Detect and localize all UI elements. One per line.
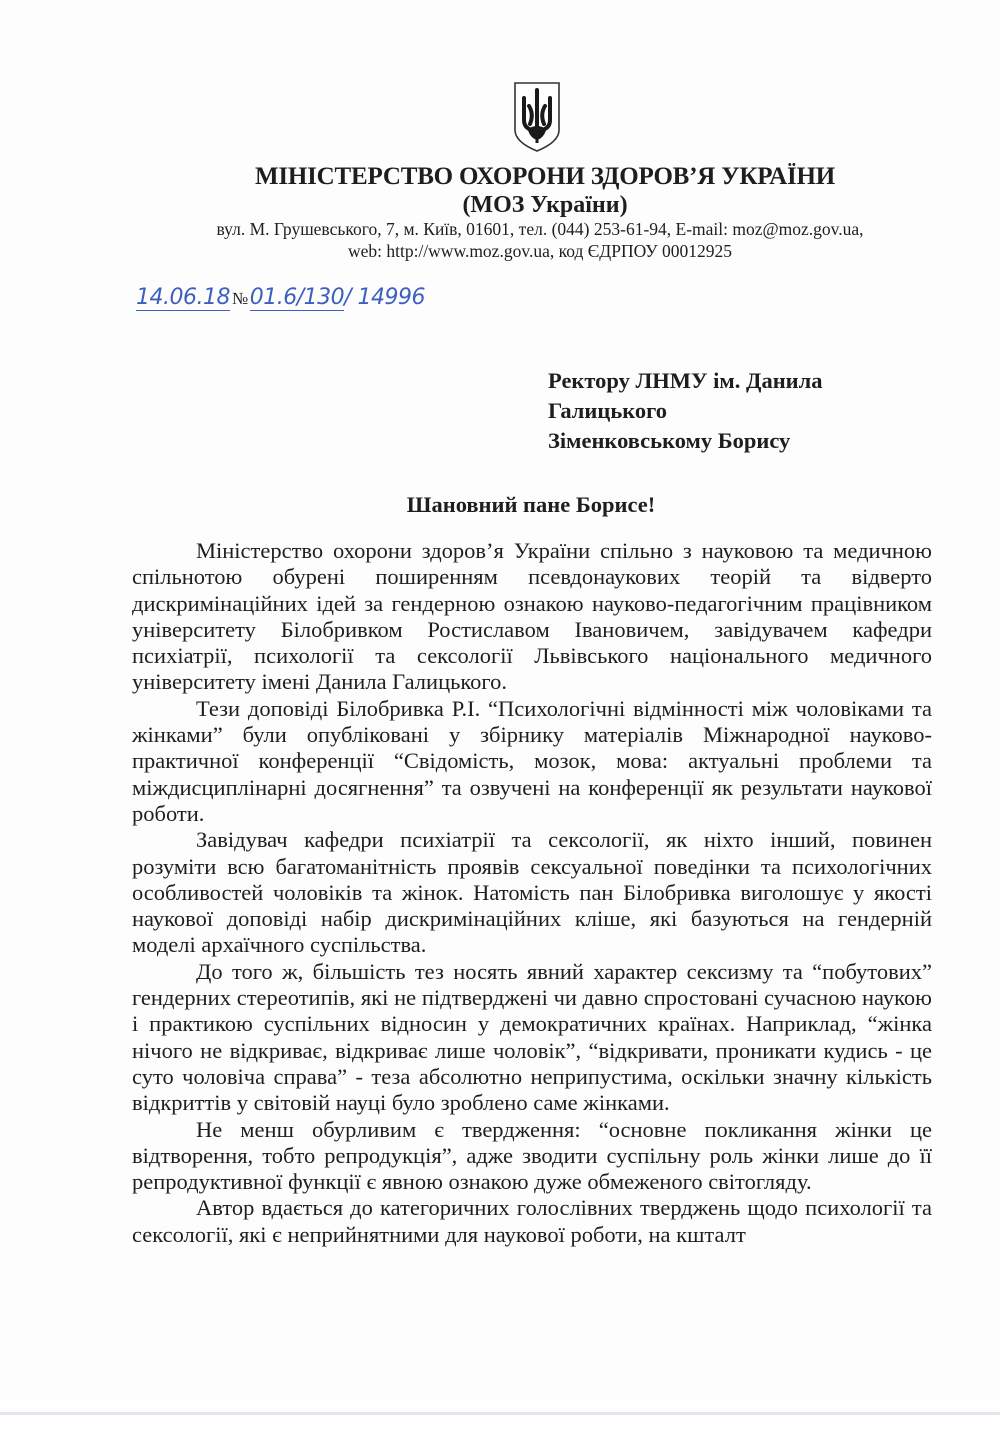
registration-line: 14.06.18№01.6/130/ 14996: [136, 285, 425, 310]
registration-date: 14.06.18: [136, 285, 230, 311]
paragraph: Не менш обурливим є твердження: “основне…: [132, 1117, 932, 1196]
salutation: Шановний пане Борисе!: [0, 492, 1000, 518]
address-line-1: вул. М. Грушевського, 7, м. Київ, 01601,…: [180, 218, 900, 240]
paragraph: Міністерство охорони здоров’я України сп…: [132, 538, 932, 696]
ministry-name: МІНІСТЕРСТВО ОХОРОНИ ЗДОРОВ’Я УКРАЇНИ: [0, 163, 1000, 191]
paragraph: Завідувач кафедри психіатрії та сексолог…: [132, 827, 932, 958]
ministry-short-name: (МОЗ України): [0, 192, 1000, 219]
addressee-block: Ректору ЛНМУ ім. Данила Галицького Зімен…: [548, 366, 823, 456]
addressee-line-2: Галицького: [548, 396, 823, 426]
paragraph: Автор вдається до категоричних голослівн…: [132, 1195, 932, 1248]
registration-number-suffix: / 14996: [344, 285, 425, 310]
page-bottom-edge: [0, 1412, 1000, 1415]
addressee-line-3: Зіменковському Борису: [548, 426, 823, 456]
registration-number: 01.6/130: [250, 285, 344, 311]
paragraph: Тези доповіді Білобривка Р.І. “Психологі…: [132, 696, 932, 827]
paragraph: До того ж, більшість тез носять явний ха…: [132, 959, 932, 1117]
scanned-letter-page: МІНІСТЕРСТВО ОХОРОНИ ЗДОРОВ’Я УКРАЇНИ (М…: [0, 0, 1000, 1400]
letter-body: Міністерство охорони здоров’я України сп…: [132, 538, 932, 1248]
number-sign: №: [232, 289, 248, 308]
address-line-2: web: http://www.moz.gov.ua, код ЄДРПОУ 0…: [180, 240, 900, 262]
ministry-contact-address: вул. М. Грушевського, 7, м. Київ, 01601,…: [180, 218, 900, 262]
ukraine-coat-of-arms-icon: [512, 80, 562, 154]
addressee-line-1: Ректору ЛНМУ ім. Данила: [548, 366, 823, 396]
